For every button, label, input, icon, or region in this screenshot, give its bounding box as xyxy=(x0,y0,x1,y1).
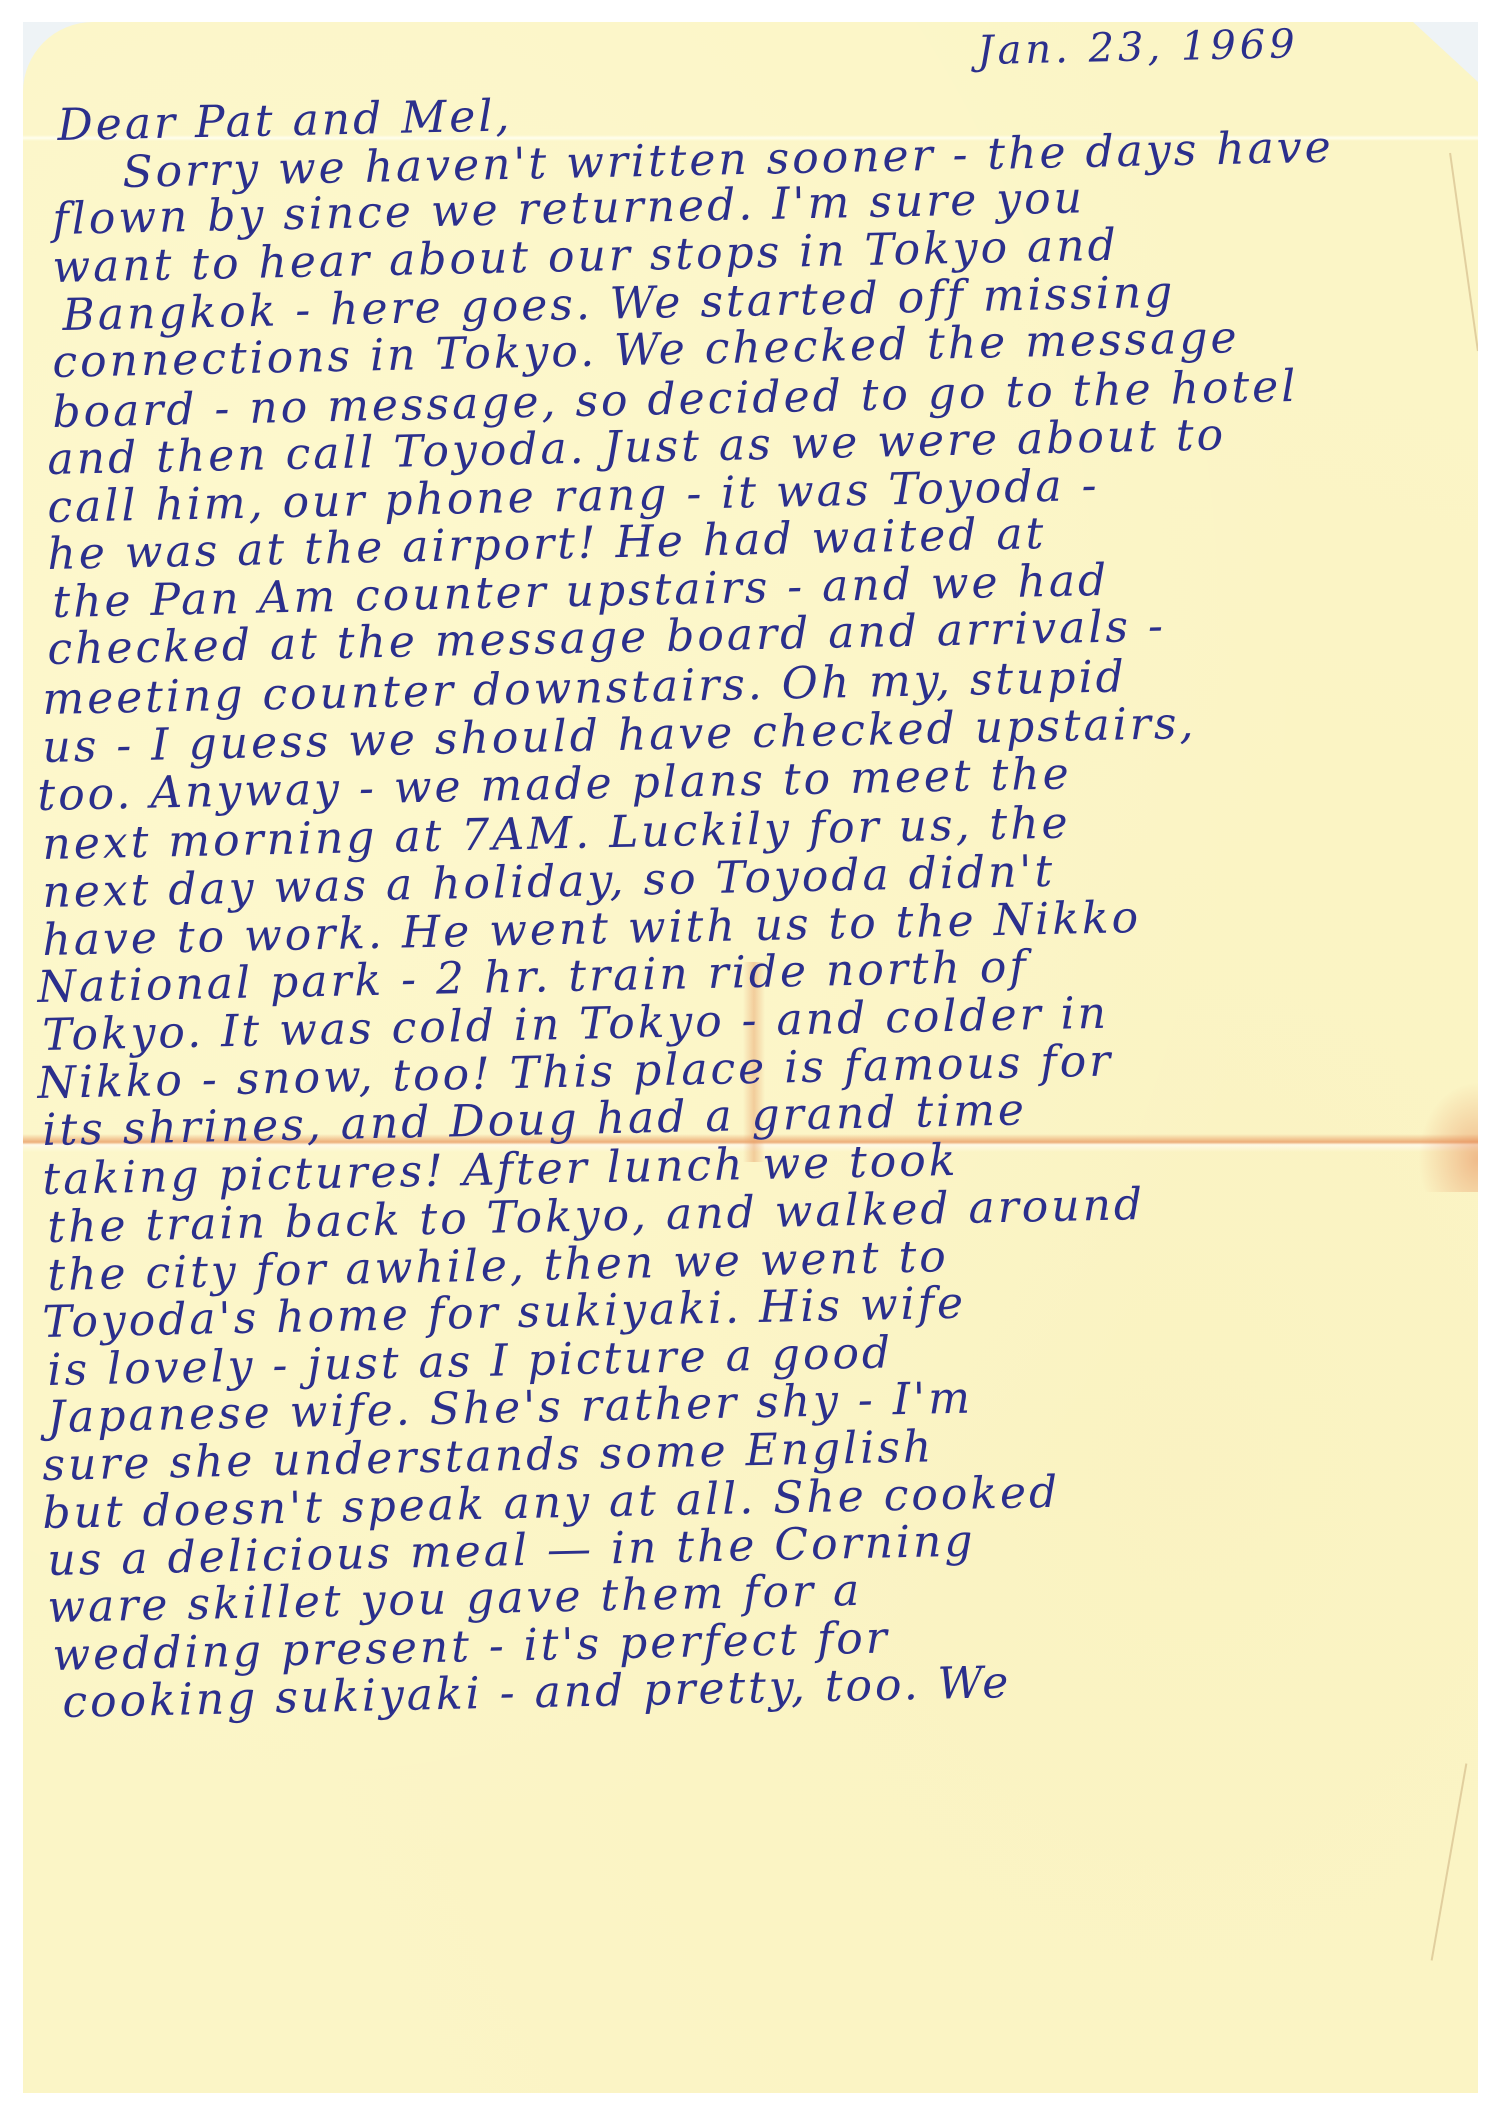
letter-paper: Jan. 23, 1969 Dear Pat and Mel, Sorry we… xyxy=(23,22,1478,2093)
edge-stain xyxy=(1418,1082,1478,1192)
letter-date: Jan. 23, 1969 xyxy=(977,22,1299,74)
paper-crease xyxy=(1431,1763,1468,1960)
paper-crease xyxy=(1449,153,1478,351)
